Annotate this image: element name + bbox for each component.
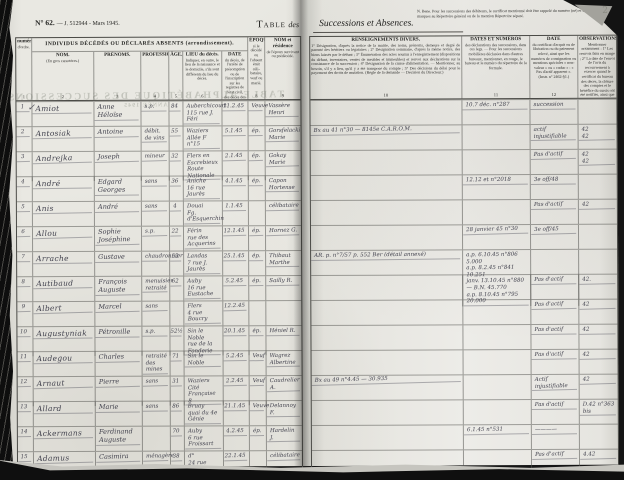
value-numero: 7 bbox=[17, 252, 30, 262]
value-date-certificat: Pas d'actif bbox=[531, 199, 576, 209]
value-prenoms: Anne Héloïse bbox=[94, 101, 138, 120]
cell-epoux: Gorsfelacki Marie bbox=[266, 126, 301, 150]
value-nom: Albert bbox=[33, 301, 92, 315]
cell-etat-civil: ép. bbox=[249, 176, 266, 200]
col-sub: d'ordre. bbox=[17, 45, 30, 50]
cell-numero: 6 bbox=[17, 227, 33, 251]
cell-dates-numeros bbox=[463, 325, 531, 349]
scanner-background-bottom bbox=[0, 448, 624, 480]
table-row: 12.12 et n°2018 3e off/48 bbox=[311, 174, 617, 200]
col-num: 8 bbox=[249, 93, 263, 98]
value-etat-civil: ép. bbox=[250, 426, 264, 436]
table-row: 10.7 déc. n°287 succession bbox=[310, 99, 616, 125]
col-num: 11 bbox=[463, 92, 528, 97]
value-numero: 12 bbox=[18, 377, 31, 387]
value-observations: 42 bbox=[579, 324, 615, 334]
cell-profession: s.p. bbox=[141, 102, 169, 126]
cell-observations: 42 bbox=[580, 375, 618, 399]
value-lieu: Douai Fg. d'Esquerchin bbox=[184, 201, 220, 224]
col-header-epoux: NOM et résidence de l'époux survivant ou… bbox=[265, 37, 300, 99]
col-num: 2 bbox=[33, 94, 92, 99]
value-observations: 42 42 bbox=[579, 149, 615, 166]
table-row: 7 Arrache Gustave chaudronnier 52 Landas… bbox=[17, 250, 301, 276]
table-row: 13 Allard Marie sans 86 Bruay quai du 4e… bbox=[18, 400, 302, 426]
cell-etat-civil: ép. bbox=[249, 126, 266, 150]
value-dates-numeros bbox=[464, 349, 531, 352]
table-row: 1 Amiot Anne Héloïse s.p. 84 Auberchicou… bbox=[16, 100, 300, 126]
value-nom: Amiot bbox=[32, 102, 91, 115]
cell-date-certificat: Pas d'actif bbox=[532, 350, 580, 374]
page-title-left: Table des bbox=[257, 19, 300, 30]
page-right: Successions et Absences. N. Bene. Pour l… bbox=[303, 0, 617, 466]
cell-lieu: Landas 7 rue J. Jaurès bbox=[184, 251, 223, 275]
value-prenoms: Joseph bbox=[95, 151, 139, 163]
col-title: NOM et résidence bbox=[266, 38, 299, 50]
value-dates-numeros: 6.1.45 n°531 bbox=[464, 424, 529, 435]
cell-renseignements: Bx au 41 n°30 — 8145e C.A.R.O.M. bbox=[311, 125, 463, 150]
cell-observations: 42 bbox=[579, 200, 617, 224]
cell-epoux: Wagrez Albertine bbox=[267, 351, 302, 375]
cell-observations: 42 bbox=[579, 325, 617, 349]
cell-observations: 42 42 bbox=[579, 125, 617, 149]
cell-prenoms: François Auguste bbox=[95, 277, 142, 301]
table-row: AR. p. n°7/57 p. 552 Ber (détail annexé)… bbox=[311, 249, 617, 275]
col-num: 3 bbox=[95, 94, 139, 99]
value-profession: s.p. bbox=[141, 101, 166, 111]
value-profession: sans bbox=[142, 301, 167, 311]
value-profession: retraité des mines bbox=[143, 351, 168, 374]
cell-etat-civil: ép. bbox=[249, 226, 266, 250]
value-etat-civil: ép. bbox=[249, 226, 263, 236]
value-date-deces: 5.2.45 bbox=[224, 351, 247, 361]
col-header-nom: NOM. (En gros caractères.) 2 bbox=[32, 52, 94, 100]
table-row: Pas d'actif 42 bbox=[311, 299, 617, 325]
cell-date-deces: 11.2.45 bbox=[222, 101, 248, 125]
cell-date-deces: 25.1.45 bbox=[223, 251, 249, 275]
col-sub: du décès, de l'arrêté de présomption ou … bbox=[223, 58, 246, 99]
cell-nom: Anis bbox=[33, 202, 95, 226]
value-observations: 42 bbox=[579, 199, 615, 209]
cell-prenoms: Sophie Joséphine bbox=[95, 227, 142, 251]
cell-dates-numeros bbox=[463, 275, 531, 299]
value-date-certificat: Pas d'actif bbox=[532, 400, 577, 410]
value-nom: Anis bbox=[33, 201, 92, 214]
cell-profession: sans bbox=[142, 177, 170, 201]
cell-age: 70 bbox=[171, 427, 185, 451]
value-observations: D.42 n°363 bis bbox=[580, 399, 616, 416]
value-numero: 2 bbox=[17, 127, 30, 137]
value-date-certificat: succession bbox=[530, 100, 575, 110]
cell-renseignements bbox=[311, 275, 463, 300]
col-header-observations: OBSERVATIONS. Mentionner notamment : 1° … bbox=[578, 36, 616, 98]
col-sub: Mentionner notamment : 1° Les renvois fa… bbox=[579, 42, 615, 97]
value-etat-civil: ép. bbox=[249, 326, 263, 336]
value-dates-numeros bbox=[463, 124, 530, 127]
cell-etat-civil: ép. bbox=[249, 251, 266, 275]
value-observations: 42 42 bbox=[579, 124, 615, 141]
cell-renseignements bbox=[311, 325, 463, 350]
value-age: 70 bbox=[171, 426, 182, 436]
title-word-table: Table bbox=[257, 19, 286, 30]
value-epoux: Vassère Henri bbox=[265, 101, 298, 118]
table-row: Bx au 41 n°30 — 8145e C.A.R.O.M. actif i… bbox=[311, 124, 617, 150]
value-nom: Antosiak bbox=[33, 126, 92, 139]
value-renseignements bbox=[311, 324, 462, 328]
cell-profession: sans bbox=[142, 302, 170, 326]
value-prenoms: Pétronille bbox=[95, 326, 139, 337]
cell-date-certificat: actif injustifiable bbox=[531, 125, 579, 149]
cell-age bbox=[170, 302, 184, 326]
cell-numero: 11 bbox=[18, 352, 34, 376]
table-row: 11 Audegou Charles retraité des mines 71… bbox=[18, 350, 302, 376]
value-date-deces: 25.1.45 bbox=[223, 251, 246, 261]
value-date-deces: 4.1.45 bbox=[223, 176, 246, 186]
col-num: 1 bbox=[17, 94, 30, 99]
col-num: 4 bbox=[142, 94, 167, 99]
value-observations: 42 bbox=[580, 374, 616, 385]
col-sub: si le décédé ou l'absent était céli-bata… bbox=[249, 44, 263, 85]
value-etat-civil: Veuve bbox=[248, 101, 262, 111]
cell-prenoms: Antoine bbox=[95, 127, 142, 151]
table-row: 8 Autibaud François Auguste menuisier re… bbox=[17, 275, 301, 301]
cell-date-deces: 5.2.45 bbox=[224, 351, 250, 375]
table-left-header: numéro d'ordre. 1 INDIVIDUS DÉCÉDÉS OU D… bbox=[16, 37, 300, 101]
cell-lieu: Sin le Noble bbox=[185, 351, 224, 375]
torn-binding-strip bbox=[0, 0, 13, 464]
cell-observations: 42. bbox=[579, 275, 617, 299]
cell-date-deces: 4.1.45 bbox=[223, 176, 249, 200]
table-row: Pas d'actif 42 bbox=[312, 349, 618, 375]
value-dates-numeros bbox=[463, 199, 530, 202]
value-lieu: Bruay quai du 4e Génie bbox=[185, 401, 221, 424]
value-age: 4 bbox=[170, 201, 181, 211]
value-observations bbox=[579, 174, 617, 176]
cell-profession: s.p. bbox=[142, 227, 170, 251]
cell-dates-numeros bbox=[464, 400, 532, 424]
value-renseignements bbox=[310, 99, 461, 103]
cell-observations bbox=[578, 100, 616, 124]
value-profession: sans bbox=[143, 401, 168, 411]
cell-lieu: Auby 16 rue Eustache bbox=[184, 276, 223, 300]
value-lieu: Landas 7 rue J. Jaurès bbox=[184, 251, 220, 274]
cell-date-certificat: Pas d'actif bbox=[531, 275, 579, 299]
table-row: 2 Antosiak Antoine débit. de vins 55 Waz… bbox=[17, 125, 301, 151]
cell-renseignements bbox=[311, 150, 463, 175]
cell-numero: 2 bbox=[17, 127, 33, 151]
value-prenoms: Sophie Joséphine bbox=[95, 226, 139, 246]
value-lieu: Waziers Allée F n°15 bbox=[184, 126, 220, 149]
cell-renseignements bbox=[311, 200, 463, 225]
value-age bbox=[170, 301, 183, 303]
col-num: 5 bbox=[170, 94, 181, 99]
nota-bene-note: N. Bene. Pour les successions des débite… bbox=[417, 8, 605, 19]
table-right: RENSEIGNEMENTS DIVERS. 1° Désignation, d… bbox=[309, 35, 619, 476]
value-age: 62 bbox=[170, 276, 181, 286]
col-header-renseignements: RENSEIGNEMENTS DIVERS. 1° Désignation, d… bbox=[310, 36, 462, 99]
cell-date-deces: 4.2.45 bbox=[224, 426, 250, 450]
cell-date-deces: 5.2.45 bbox=[223, 276, 249, 300]
cell-observations: 42 bbox=[580, 350, 618, 374]
scanned-register-page: TABLE ALPHABÉTIQUE DES SUCCESSIONS ANNÉE… bbox=[0, 0, 624, 480]
cell-numero: 13 bbox=[18, 402, 34, 426]
form-reference: — J. 512944 - Mars 1945. bbox=[57, 21, 120, 27]
cell-date-certificat: Pas d'actif bbox=[531, 150, 579, 174]
value-date-certificat: 3e off/48 bbox=[531, 175, 576, 185]
value-date-deces: 4.2.45 bbox=[224, 426, 247, 436]
value-epoux: Hornez G. bbox=[266, 225, 299, 235]
table-row: Pas d'actif 42 bbox=[311, 199, 617, 225]
value-nom: Arrache bbox=[33, 252, 92, 265]
margin-check-mark: ✓ bbox=[27, 103, 35, 113]
value-date-certificat: Pas d'actif bbox=[531, 325, 576, 335]
table-row: 28 janvier 45 n°30 3e off/45 bbox=[311, 224, 617, 250]
value-epoux: Caudrelier A. bbox=[267, 375, 300, 392]
value-date-deces: 2.2.45 bbox=[224, 376, 247, 386]
col-title: ÂGE. bbox=[170, 53, 181, 59]
value-date-certificat: ———— bbox=[532, 424, 577, 434]
value-profession: chaudronnier bbox=[142, 251, 167, 261]
cell-etat-civil: Veuf bbox=[250, 351, 267, 375]
value-observations bbox=[580, 424, 618, 427]
cell-date-certificat: ———— bbox=[532, 425, 580, 449]
table-row: 5 Anis André sans 4 Douai Fg. d'Esquerch… bbox=[17, 200, 301, 226]
value-date-certificat: Pas d'actif bbox=[532, 349, 577, 359]
cell-date-deces: 12.2.45 bbox=[223, 301, 249, 325]
cell-dates-numeros bbox=[464, 350, 532, 374]
value-epoux: Hardelin J. bbox=[267, 426, 300, 443]
value-prenoms: André bbox=[95, 201, 139, 213]
cell-age: 52 bbox=[170, 252, 184, 276]
cell-nom: Albert bbox=[33, 302, 95, 326]
value-date-certificat: Pas d'actif bbox=[531, 299, 576, 310]
value-prenoms: Ferdinand Auguste bbox=[96, 426, 140, 445]
cell-profession: sans bbox=[142, 202, 170, 226]
value-profession: s.p. bbox=[142, 226, 167, 236]
value-age: 52 bbox=[170, 251, 181, 261]
cell-lieu: Auberchicourt 115 rue J. Féri bbox=[183, 101, 222, 125]
value-age: 71 bbox=[171, 351, 182, 361]
cell-nom: Audegou bbox=[34, 352, 96, 376]
cell-numero: 7 bbox=[17, 252, 33, 276]
table-left: numéro d'ordre. 1 INDIVIDUS DÉCÉDÉS OU D… bbox=[15, 36, 303, 477]
value-etat-civil: ép. bbox=[249, 151, 263, 161]
form-number-label: N° 62. bbox=[35, 18, 55, 27]
value-date-deces: 12.2.45 bbox=[223, 301, 246, 311]
cell-observations bbox=[579, 175, 617, 199]
value-profession: débit. de vins bbox=[142, 126, 167, 143]
ledger-spread: TABLE ALPHABÉTIQUE DES SUCCESSIONS ANNÉE… bbox=[3, 0, 619, 467]
cell-renseignements bbox=[312, 400, 464, 425]
col-num: 12 bbox=[531, 92, 576, 97]
cell-epoux: Sailly R. bbox=[266, 276, 301, 300]
cell-numero: 5 bbox=[17, 202, 33, 226]
col-num: 9 bbox=[266, 93, 299, 98]
cell-dates-numeros: 28 janvier 45 n°30 bbox=[463, 225, 531, 249]
value-lieu: Flers 4 rue Boucry bbox=[184, 301, 221, 325]
value-dates-numeros bbox=[463, 149, 530, 153]
value-nom: Autibaud bbox=[33, 276, 92, 289]
col-header-date: DATE du décès, de l'arrêté de présomptio… bbox=[222, 51, 248, 99]
cell-renseignements: Bx au 49 n°4.45 — 30.935 bbox=[312, 375, 464, 400]
value-date-deces: 21.1.45 bbox=[224, 401, 247, 411]
col-header-dates-numeros: DATES ET NUMÉROS des déclarations des su… bbox=[462, 36, 530, 98]
col-header-age: ÂGE. 5 bbox=[169, 52, 183, 100]
cell-renseignements bbox=[310, 100, 462, 125]
col-title: PRÉNOMS. bbox=[95, 53, 139, 59]
value-prenoms: Pierre bbox=[96, 376, 140, 388]
value-age: 22 bbox=[170, 226, 181, 236]
value-profession: menuisier retraité bbox=[142, 276, 167, 293]
value-numero: 14 bbox=[18, 427, 31, 437]
col-sub: de l'époux survivant ou prédécédé. bbox=[266, 50, 299, 59]
value-etat-civil: Veuf bbox=[250, 376, 264, 386]
value-numero: 10 bbox=[17, 327, 30, 337]
cell-nom: Antosiak bbox=[33, 127, 95, 151]
cell-epoux: célibataire bbox=[266, 201, 301, 225]
cell-lieu: Bruay quai du 4e Génie bbox=[185, 401, 224, 425]
cell-prenoms: Anne Héloïse bbox=[94, 102, 141, 126]
cell-age: 55 bbox=[170, 127, 184, 151]
cell-renseignements bbox=[312, 425, 464, 450]
value-age: 55 bbox=[170, 126, 181, 136]
table-right-body: 10.7 déc. n°287 succession Bx au 41 n°30… bbox=[310, 99, 618, 475]
cell-renseignements bbox=[311, 300, 463, 325]
value-epoux: Capon Hortense bbox=[266, 176, 299, 193]
cell-dates-numeros bbox=[463, 150, 531, 174]
value-epoux: Wagrez Albertine bbox=[267, 351, 300, 368]
cell-date-certificat: Actif injustifiable bbox=[532, 375, 580, 399]
value-profession: mineur bbox=[142, 151, 167, 161]
table-row: 6 Allou Sophie Joséphine s.p. 22 Férin r… bbox=[17, 225, 301, 251]
value-observations bbox=[578, 99, 616, 101]
cell-nom: André bbox=[33, 177, 95, 201]
value-date-certificat: Actif injustifiable bbox=[532, 374, 577, 391]
value-epoux bbox=[266, 300, 301, 303]
value-epoux: Delannoy F. bbox=[267, 401, 300, 418]
value-nom: Arnaut bbox=[34, 376, 93, 390]
value-date-certificat: Pas d'actif bbox=[531, 149, 576, 160]
value-observations bbox=[579, 224, 617, 227]
value-date-deces: 5.1.45 bbox=[223, 126, 246, 136]
cell-date-deces: 5.1.45 bbox=[223, 126, 249, 150]
value-dates-numeros bbox=[463, 325, 530, 328]
value-observations: 42 bbox=[579, 299, 615, 310]
value-nom: André bbox=[33, 177, 92, 190]
value-numero: 5 bbox=[17, 202, 30, 212]
cell-age: 71 bbox=[171, 352, 185, 376]
value-numero: 3 bbox=[17, 152, 30, 162]
col-sub: du certificat d'acquit ou de libération … bbox=[531, 43, 576, 80]
cell-dates-numeros bbox=[463, 125, 531, 149]
col-sub: Indiquer, en outre, le lieu de la naissa… bbox=[184, 58, 220, 81]
page-bottom-edge bbox=[0, 448, 624, 480]
value-date-certificat: 3e off/45 bbox=[531, 224, 576, 235]
cell-observations bbox=[580, 425, 618, 449]
table-row: 4 André Edgard Georges sans 36 Aniche 16… bbox=[17, 175, 301, 201]
value-date-deces: 12.1.45 bbox=[223, 226, 246, 236]
value-lieu: Sin le Noble bbox=[185, 351, 221, 368]
cell-nom: Arrache bbox=[33, 252, 95, 276]
value-nom: Allou bbox=[33, 226, 92, 240]
cell-prenoms: Marcel bbox=[95, 302, 142, 326]
cell-date-certificat: Pas d'actif bbox=[531, 325, 579, 349]
group-header-label: INDIVIDUS DÉCÉDÉS OU DÉCLARÉS ABSENTS (a… bbox=[33, 41, 246, 48]
table-row: Pas d'actif D.42 n°363 bis bbox=[312, 399, 618, 425]
value-etat-civil: Veuve bbox=[250, 401, 264, 411]
cell-date-deces: 1.1.45 bbox=[223, 201, 249, 225]
value-age: 32 bbox=[170, 151, 181, 161]
table-row: 9 Albert Marcel sans Flers 4 rue Boucry … bbox=[17, 300, 301, 326]
cell-lieu: Aniche 16 rue Jaurès bbox=[184, 176, 223, 200]
value-etat-civil: ép. bbox=[249, 176, 263, 186]
cell-prenoms: Marie bbox=[96, 402, 143, 426]
cell-lieu: Auby 6 rue Froissart bbox=[185, 426, 224, 450]
value-date-deces: 1.1.45 bbox=[223, 201, 246, 211]
value-numero: 4 bbox=[17, 177, 30, 187]
value-numero: 9 bbox=[17, 302, 30, 312]
cell-lieu: Férin rue des Acquerins bbox=[184, 226, 223, 250]
value-dates-numeros bbox=[463, 299, 530, 303]
cell-etat-civil: ép. bbox=[249, 276, 266, 300]
cell-date-deces: 21.1.45 bbox=[224, 401, 250, 425]
cell-dates-numeros: 10.7 déc. n°287 bbox=[462, 100, 530, 124]
value-age: 31 bbox=[171, 376, 182, 386]
value-renseignements bbox=[311, 174, 462, 178]
col-num: 10 bbox=[311, 92, 460, 98]
value-age: 84 bbox=[169, 101, 180, 111]
form-number: N° 62. — J. 512944 - Mars 1945. bbox=[35, 18, 120, 27]
table-row: 12 Arnaut Pierre sans 31 Waziers Cité Fr… bbox=[18, 375, 302, 401]
value-etat-civil bbox=[249, 301, 265, 303]
value-dates-numeros: 10.7 déc. n°287 bbox=[462, 100, 527, 110]
value-lieu: Férin rue des Acquerins bbox=[184, 226, 221, 250]
value-nom: Allard bbox=[34, 402, 93, 415]
cell-age: 4 bbox=[170, 202, 184, 226]
value-prenoms: Marie bbox=[96, 401, 140, 412]
cell-age: 86 bbox=[171, 402, 185, 426]
value-date-deces: 20.1.45 bbox=[223, 326, 246, 336]
cell-numero: 9 bbox=[17, 302, 33, 326]
cell-dates-numeros bbox=[464, 375, 532, 399]
cell-date-certificat: Pas d'actif bbox=[532, 400, 580, 424]
cell-prenoms: Charles bbox=[96, 352, 143, 376]
cell-date-deces: 12.1.45 bbox=[223, 226, 249, 250]
value-profession: s.p. bbox=[142, 326, 167, 336]
cell-age: 62 bbox=[170, 277, 184, 301]
value-age: 86 bbox=[171, 401, 182, 411]
value-numero: 13 bbox=[18, 402, 31, 412]
cell-dates-numeros: 6.1.45 n°531 bbox=[464, 425, 532, 449]
value-renseignements bbox=[312, 399, 463, 403]
col-header-numero: numéro d'ordre. 1 bbox=[16, 38, 32, 100]
value-date-deces: 5.2.45 bbox=[223, 276, 246, 286]
cell-observations: D.42 n°363 bis bbox=[580, 400, 618, 424]
col-header-profession: PROFESSION. 4 bbox=[141, 52, 169, 100]
value-date-certificat bbox=[531, 250, 578, 253]
cell-epoux: Hornez G. bbox=[266, 226, 301, 250]
col-title: PROFESSION. bbox=[142, 53, 167, 59]
cell-age: 84 bbox=[169, 102, 183, 126]
value-etat-civil: Veuf bbox=[250, 351, 264, 361]
table-row: Pas d'actif 42. bbox=[311, 274, 617, 300]
value-prenoms: François Auguste bbox=[95, 276, 139, 295]
value-lieu: Auby 16 rue Eustache bbox=[184, 276, 220, 299]
cell-date-certificat: Pas d'actif bbox=[531, 300, 579, 324]
cell-numero: 8 bbox=[17, 277, 33, 301]
cell-renseignements bbox=[311, 225, 463, 250]
value-renseignements: AR. p. n°7/57 p. 552 Ber (détail annexé) bbox=[311, 249, 460, 260]
cell-age: 22 bbox=[170, 227, 184, 251]
